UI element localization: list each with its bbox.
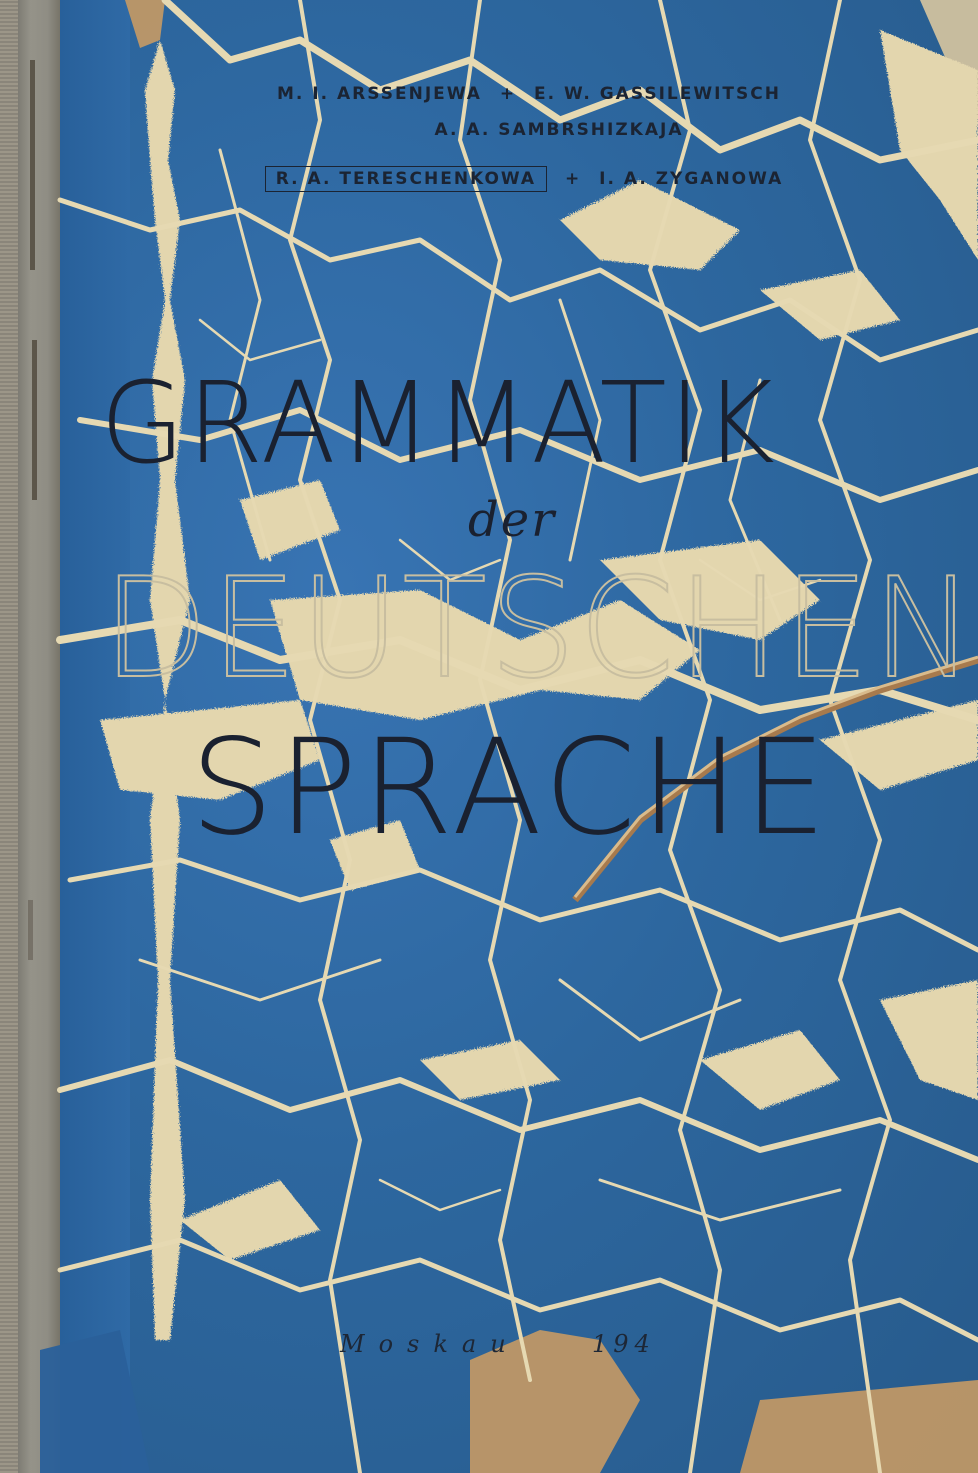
- imprint-city: Moskau: [340, 1330, 520, 1358]
- title-grammatik: GRAMMATIK: [100, 368, 777, 480]
- author-separator: +: [500, 84, 516, 104]
- imprint-year: 194: [592, 1330, 656, 1358]
- authors-line-1: M. I. ARSSENJEWA + E. W. GASSILEWITSCH: [40, 84, 978, 104]
- author-4-boxed: R. A. TERESCHENKOWA: [265, 166, 547, 192]
- author-separator: +: [565, 169, 581, 189]
- author-3: A. A. SAMBRSHIZKAJA: [435, 120, 684, 140]
- authors-line-2: A. A. SAMBRSHIZKAJA: [70, 120, 978, 140]
- author-1: M. I. ARSSENJEWA: [277, 84, 482, 104]
- author-5: I. A. ZYGANOWA: [599, 169, 783, 189]
- authors-line-3: R. A. TERESCHENKOWA + I. A. ZYGANOWA: [0, 166, 978, 192]
- title-sprache: SPRACHE: [190, 722, 831, 854]
- title-der: der: [468, 496, 556, 544]
- book-cover-photo: M. I. ARSSENJEWA + E. W. GASSILEWITSCH A…: [0, 0, 978, 1473]
- tape-patch: [40, 1330, 150, 1473]
- author-2: E. W. GASSILEWITSCH: [534, 84, 781, 104]
- title-deutschen-outlined: DEUTSCHEN: [102, 560, 977, 698]
